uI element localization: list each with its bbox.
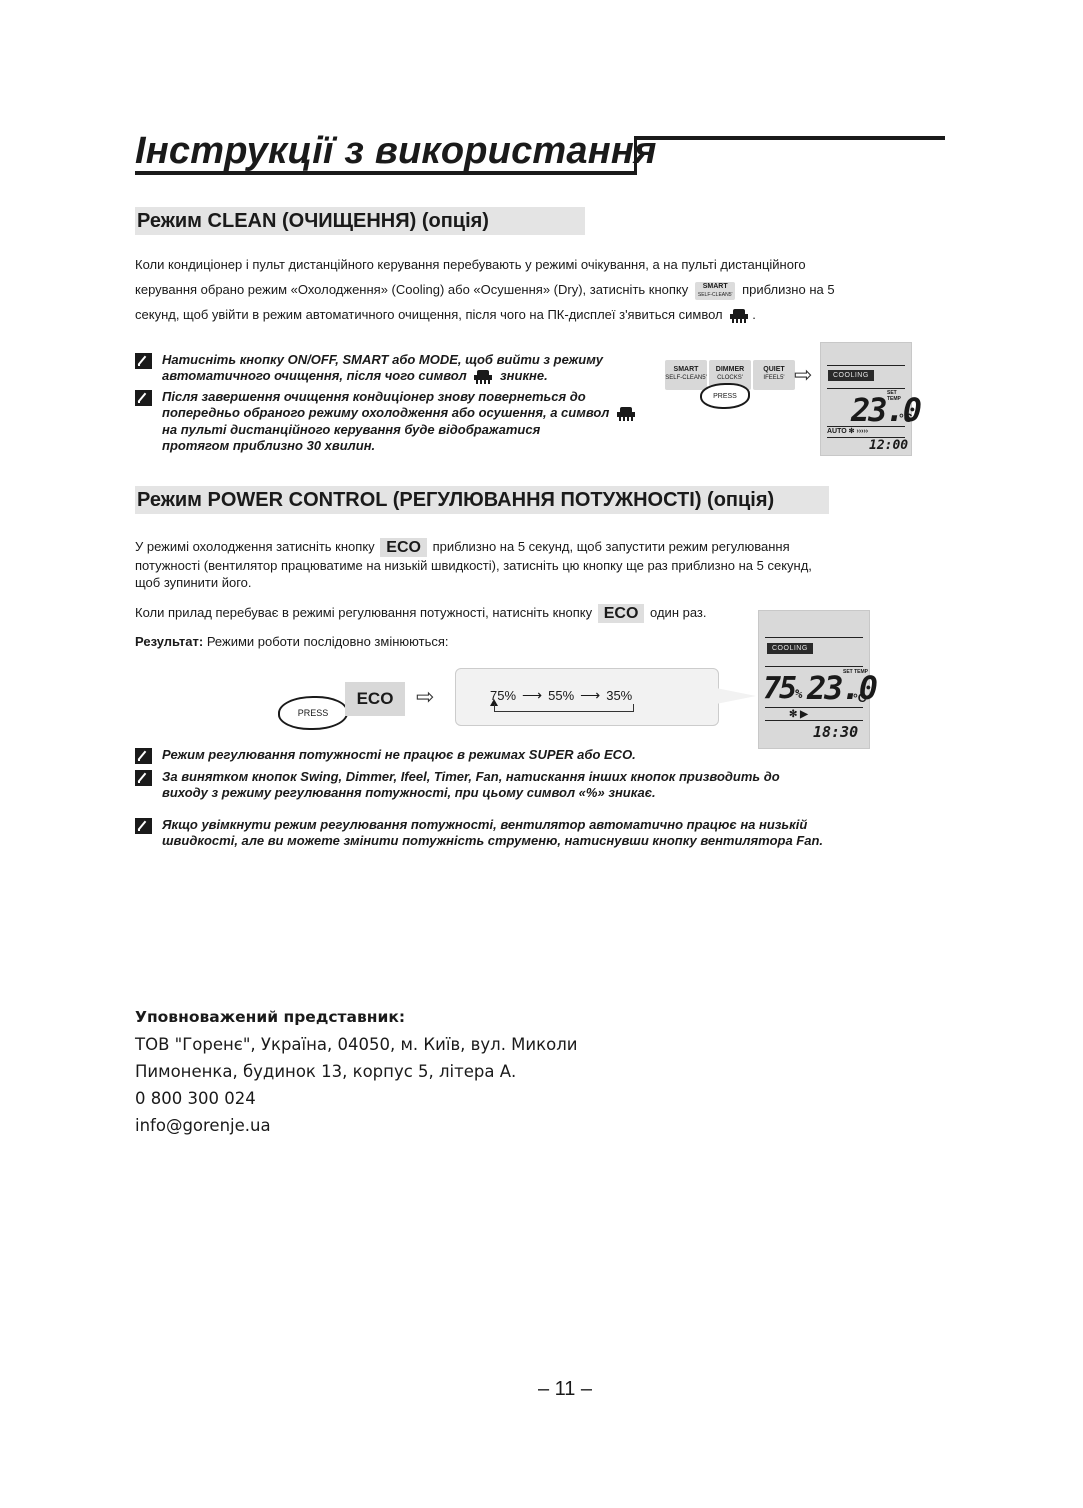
power-p1-line2: потужності (вентилятор працюватиме на ни… (135, 557, 812, 574)
representative-email: info@gorenje.ua (135, 1112, 577, 1139)
clean-note-1: Натисніть кнопку ON/OFF, SMART або MODE,… (135, 352, 665, 388)
title-underline (135, 171, 637, 175)
note-line: Режим регулювання потужності не працює в… (162, 747, 636, 763)
clean-paragraph: Коли кондиціонер і пульт дистанційного к… (135, 252, 835, 327)
note-line: протягом приблизно 30 хвилин. (162, 438, 639, 454)
self-clean-brush-icon (616, 406, 636, 422)
pressing-hand-icon: PRESS (700, 383, 750, 409)
note-check-icon (135, 818, 152, 834)
arrow-right-icon: ⇨ (416, 684, 434, 710)
title-rule (634, 136, 945, 140)
arrow-right-icon: ⇨ (794, 362, 812, 388)
callout-pointer (716, 688, 756, 704)
loop-line (494, 704, 634, 712)
pressing-hand-icon: PRESS (278, 696, 348, 730)
remote-lcd-display-clean: COOLING SET TEMP 23.0 °C AUTO ✻ ››››› 12… (820, 342, 912, 456)
lcd-time: 18:30 (813, 723, 858, 741)
power-p1-line3: щоб зупинити його. (135, 574, 812, 591)
clean-paragraph-line3: секунд, щоб увійти в режим автоматичного… (135, 302, 835, 327)
eco-key-icon: ECO (380, 538, 427, 557)
note-line: попередньо обраного режиму охолодження а… (162, 405, 639, 422)
power-paragraph-2: Коли прилад перебуває в режимі регулюван… (135, 604, 707, 623)
power-step-35: 35% (606, 688, 632, 703)
clean-line3-tail: . (752, 307, 756, 322)
page-number: – 11 – (0, 1378, 1083, 1401)
eco-key-icon: ECO (598, 604, 645, 623)
clean-line2-tail: приблизно на 5 (742, 282, 834, 297)
representative-heading: Уповноважений представник: (135, 1004, 577, 1031)
lcd-mode: COOLING (828, 370, 874, 381)
remote-lcd-display-power: COOLING SET TEMP 75% 23.0 °C ✻ ▶ 18:30 (758, 610, 870, 749)
power-paragraph-1: У режимі охолодження затисніть кнопку EC… (135, 538, 812, 591)
note-line: швидкості, але ви можете змінити потужні… (162, 833, 823, 849)
power-note-2: За винятком кнопок Swing, Dimmer, Ifeel,… (135, 769, 895, 803)
note-line: Натисніть кнопку ON/OFF, SMART або MODE,… (162, 352, 603, 368)
lcd-mode: COOLING (767, 643, 813, 654)
clean-paragraph-line1: Коли кондиціонер і пульт дистанційного к… (135, 252, 835, 277)
note-line: Після завершення очищення кондиціонер зн… (162, 389, 639, 405)
representative-address-line1: ТОВ "Горенє", Україна, 04050, м. Київ, в… (135, 1031, 577, 1058)
power-note-3: Якщо увімкнути режим регулювання потужно… (135, 817, 915, 851)
note-check-icon (135, 390, 152, 406)
result-text: Режими роботи послідовно змінюються: (207, 634, 449, 649)
note-check-icon (135, 353, 152, 369)
result-line: Результат: Режими роботи послідовно змін… (135, 633, 449, 650)
lcd-power-percent: 75% (763, 671, 800, 706)
lcd-fan-mode: AUTO ✻ ››››› (827, 427, 868, 435)
note-check-icon (135, 770, 152, 786)
power-note-1: Режим регулювання потужності не працює в… (135, 747, 895, 765)
arrow-icon: ⟶ (522, 687, 542, 703)
power-level-sequence: 75%⟶55%⟶35% (455, 668, 719, 726)
note-check-icon (135, 748, 152, 764)
remote-quiet-button: QUIETIFEEL5' (753, 360, 795, 390)
self-clean-brush-icon (729, 308, 749, 324)
authorized-representative: Уповноважений представник: ТОВ "Горенє",… (135, 1004, 577, 1139)
clean-note-2: Після завершення очищення кондиціонер зн… (135, 389, 665, 457)
lcd-unit: °C (899, 411, 912, 425)
lcd-time: 12:00 (869, 438, 908, 453)
result-label: Результат: (135, 634, 203, 649)
note-line: Якщо увімкнути режим регулювання потужно… (162, 817, 823, 833)
note-line: автоматичного очищення, після чого симво… (162, 368, 603, 385)
page-title: Інструкції з використання (135, 130, 657, 173)
note-line: За винятком кнопок Swing, Dimmer, Ifeel,… (162, 769, 780, 785)
representative-phone: 0 800 300 024 (135, 1085, 577, 1112)
note-line: на пульті дистанційного керування буде в… (162, 422, 639, 438)
smart-self-clean-key-icon: SMARTSELF-CLEAN5' (695, 282, 736, 300)
self-clean-brush-icon (473, 369, 493, 385)
title-divider (634, 137, 637, 175)
lcd-unit: °C (853, 691, 866, 705)
eco-button-illustration: ECO (345, 682, 405, 716)
power-p1-line1: У режимі охолодження затисніть кнопку EC… (135, 538, 812, 557)
page-title-block: Інструкції з використання (135, 126, 945, 176)
clean-paragraph-line2: керування обрано режим «Охолодження» (Co… (135, 277, 835, 302)
clean-line3-text: секунд, щоб увійти в режим автоматичного… (135, 307, 723, 322)
section-heading-clean: Режим CLEAN (ОЧИЩЕННЯ) (опція) (135, 207, 585, 235)
representative-address-line2: Пимоненка, будинок 13, корпус 5, літера … (135, 1058, 577, 1085)
remote-smart-button: SMARTSELF-CLEAN5' (665, 360, 707, 390)
arrow-icon: ⟶ (580, 687, 600, 703)
fan-icon: ✻ ▶ (789, 709, 808, 720)
power-step-55: 55% (548, 688, 574, 703)
section-heading-power-control: Режим POWER CONTROL (РЕГУЛЮВАННЯ ПОТУЖНО… (135, 486, 829, 514)
clean-line2-text: керування обрано режим «Охолодження» (Co… (135, 282, 688, 297)
note-line: виходу з режиму регулювання потужності, … (162, 785, 780, 801)
